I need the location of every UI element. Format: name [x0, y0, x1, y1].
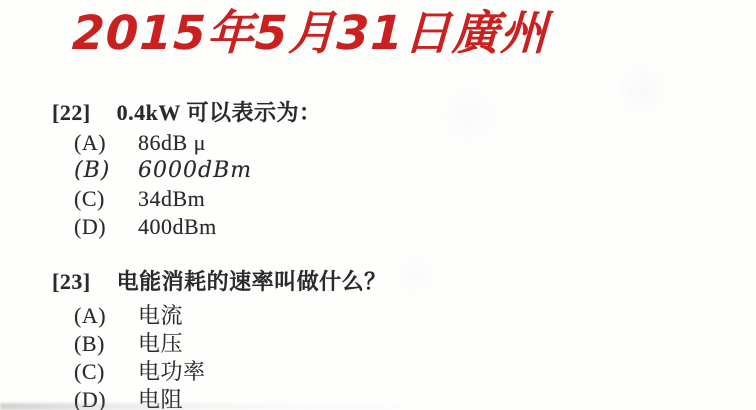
- option-text: 电流: [138, 299, 183, 330]
- question-23-text: 电能消耗的速率叫做什么？: [117, 265, 387, 296]
- option-text: 电功率: [138, 355, 206, 386]
- page-title: 2015年5月31日廣州: [71, 4, 549, 64]
- scan-artifact: [0, 403, 469, 410]
- option-letter: (D): [74, 214, 116, 240]
- option-text: 400dBm: [138, 214, 217, 240]
- question-23-number: [23]: [52, 269, 91, 295]
- question-22-text: 0.4kW 可以表示为：: [117, 96, 322, 127]
- question-23-option-a: (A) 电流: [74, 299, 387, 327]
- question-22: [22] 0.4kW 可以表示为： (A) 86dB μ (B) 6000dBm…: [52, 96, 322, 242]
- option-letter: (B): [74, 331, 116, 357]
- option-text: 34dBm: [138, 186, 205, 212]
- option-text: 6000dBm: [138, 158, 252, 183]
- question-22-option-c: (C) 34dBm: [74, 186, 322, 214]
- option-text: 86dB μ: [138, 130, 206, 156]
- scanned-exam-page: 2015年5月31日廣州 [22] 0.4kW 可以表示为： (A) 86dB …: [0, 0, 756, 410]
- option-text: 电压: [138, 327, 183, 358]
- option-letter: (C): [74, 186, 116, 212]
- question-22-option-d: (D) 400dBm: [74, 214, 322, 242]
- option-letter: (C): [74, 359, 116, 385]
- option-letter: (A): [74, 130, 116, 156]
- option-letter: (A): [74, 303, 116, 329]
- question-22-number: [22]: [52, 100, 91, 126]
- question-23-option-b: (B) 电压: [74, 327, 387, 355]
- option-letter: (B): [74, 158, 116, 183]
- question-22-option-b: (B) 6000dBm: [74, 158, 322, 186]
- question-23-header: [23] 电能消耗的速率叫做什么？: [52, 265, 387, 295]
- question-22-header: [22] 0.4kW 可以表示为：: [52, 96, 322, 126]
- question-23: [23] 电能消耗的速率叫做什么？ (A) 电流 (B) 电压 (C) 电功率 …: [52, 265, 387, 410]
- question-22-option-a: (A) 86dB μ: [74, 130, 322, 158]
- question-23-option-c: (C) 电功率: [74, 355, 387, 383]
